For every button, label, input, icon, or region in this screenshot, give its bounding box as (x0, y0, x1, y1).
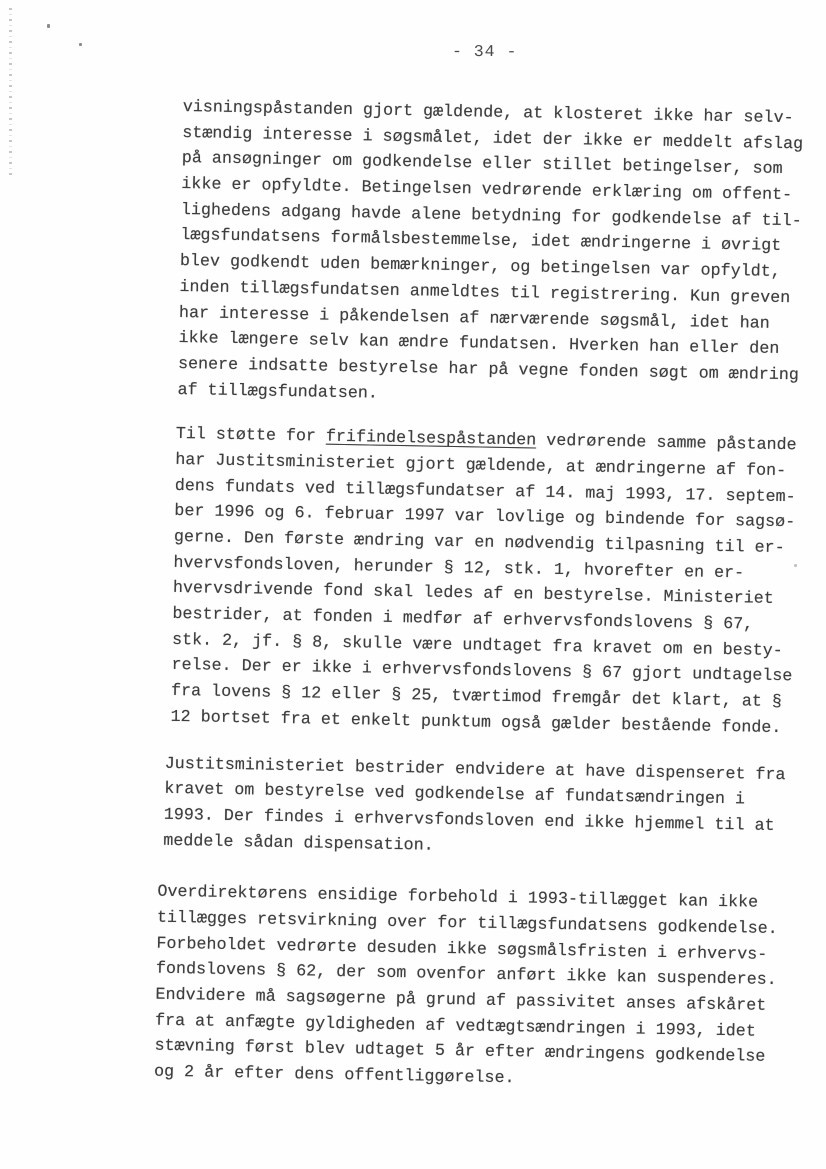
paragraph: Til støtte for frifindelsespåstanden ved… (170, 422, 825, 742)
underlined-text: frifindelsespåstanden (326, 428, 537, 451)
text-segment: vedrørende samme påstande (536, 432, 797, 456)
page-number: - 34 - (452, 42, 518, 61)
scan-artifact-strip (9, 8, 12, 176)
scan-artifact-speck (79, 43, 82, 46)
document-page: - 34 - visningspåstanden gjort gældende,… (0, 0, 826, 1169)
scan-artifact-speck (47, 24, 50, 28)
text-segment: Til støtte for (176, 425, 327, 447)
document-body: visningspåstanden gjort gældende, at klo… (165, 95, 826, 1097)
paragraph: Overdirektørens ensidige forbehold i 199… (154, 880, 817, 1098)
paragraph: Justitsministeriet bestrider endvidere a… (163, 751, 819, 866)
paragraph: visningspåstanden gjort gældende, at klo… (177, 95, 826, 415)
